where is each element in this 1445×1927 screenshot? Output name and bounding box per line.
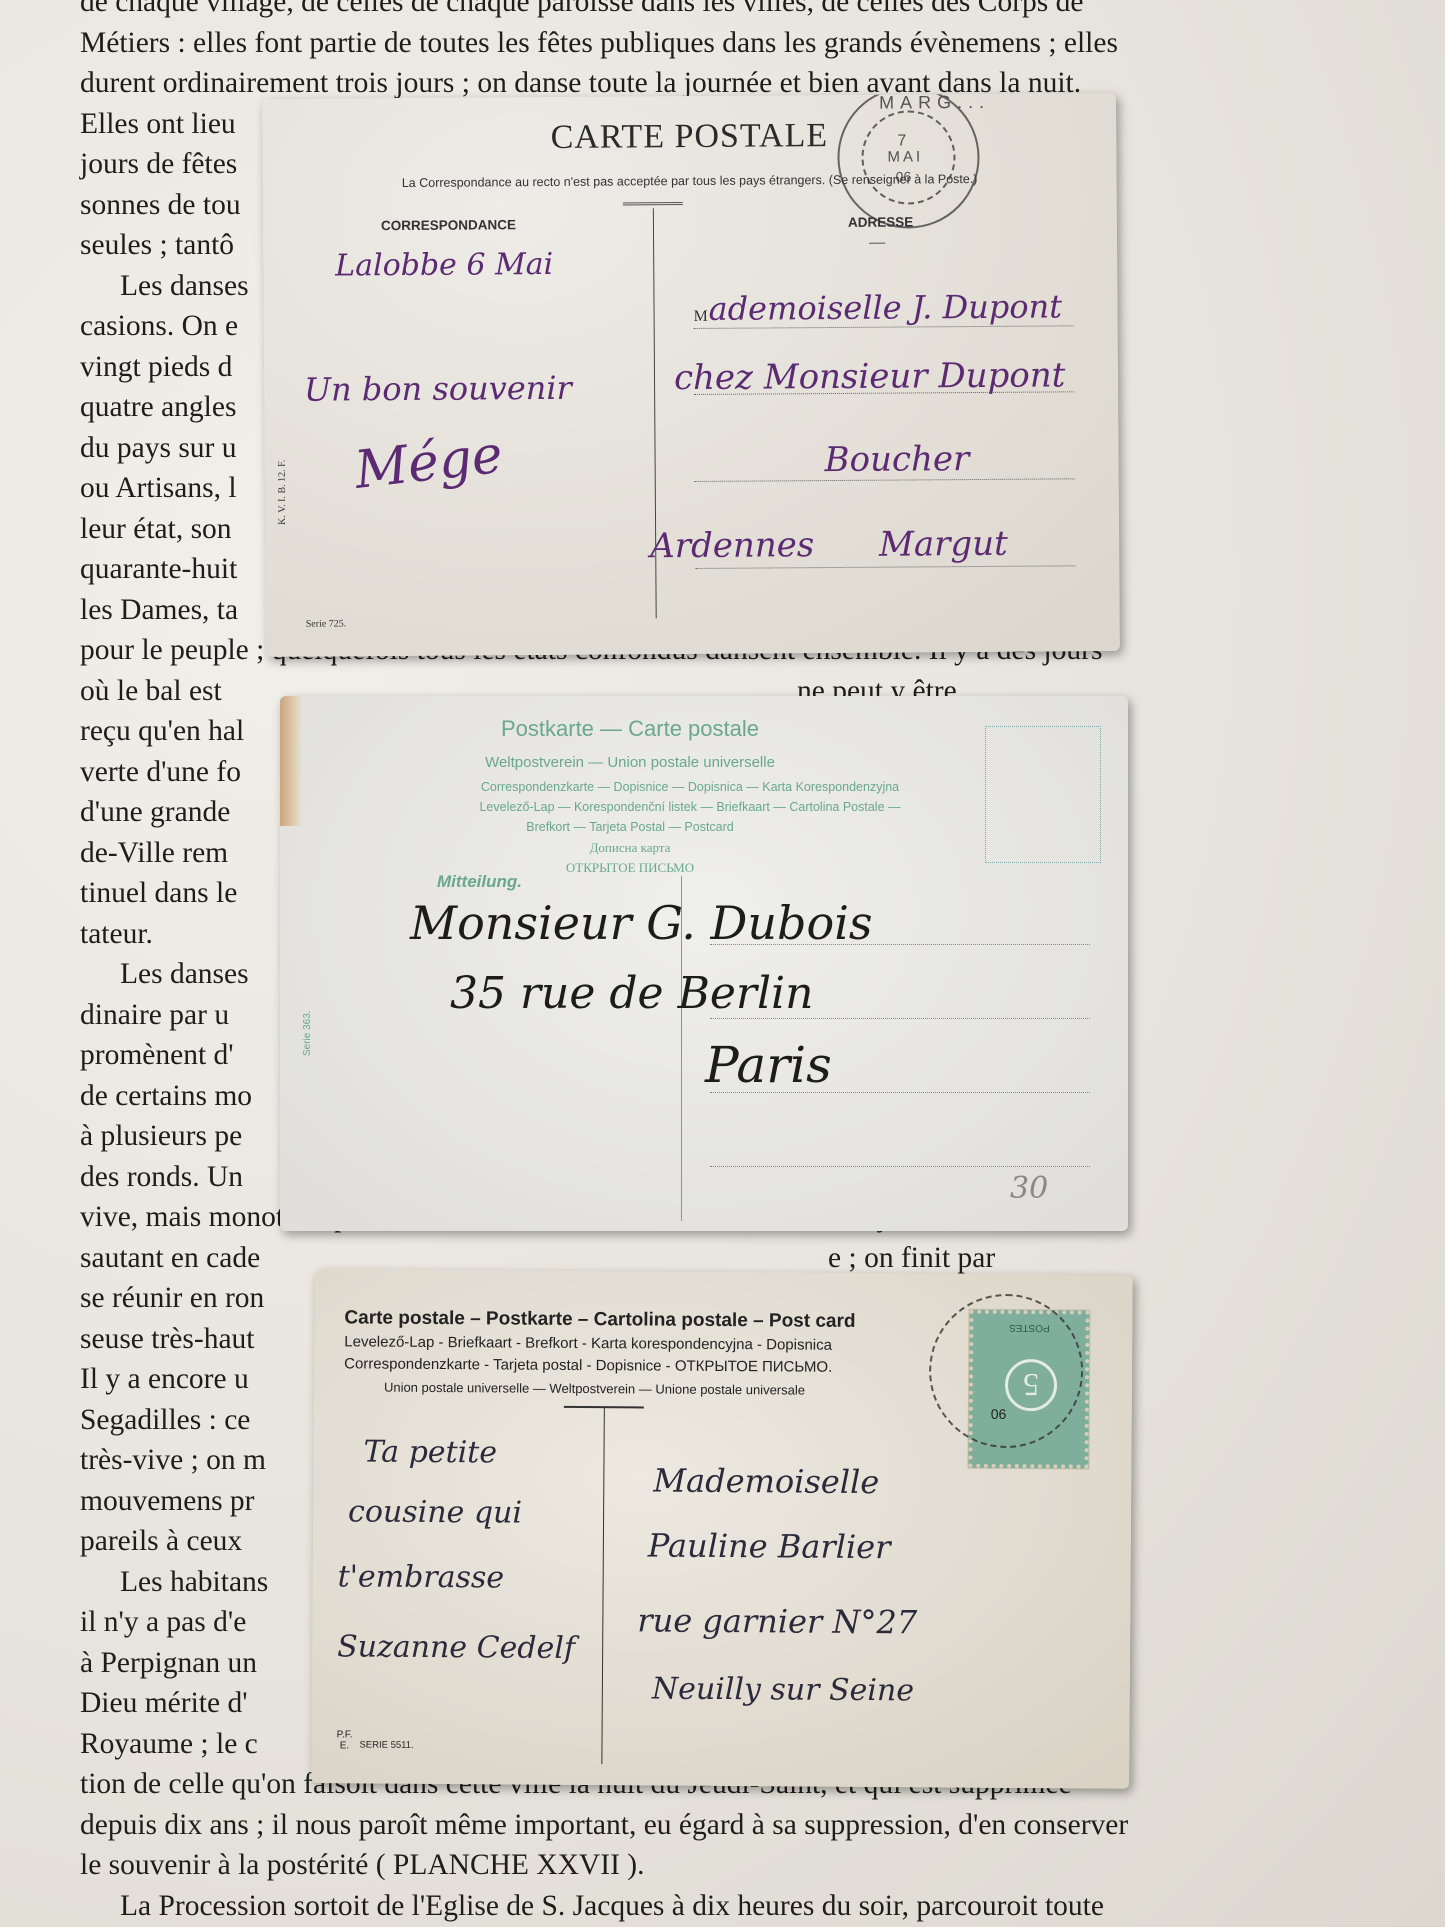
book-line: Métiers : elles font partie de toutes le… [80,23,1350,64]
card3-address-line-1: Mademoiselle [653,1462,879,1502]
card2-title: Postkarte — Carte postale [280,716,980,742]
card1-side-code: K. V. I. B. 12. F. [277,460,288,525]
card1-title: CARTE POSTALE [262,115,1116,159]
card2-union: Weltpostverein — Union postale universel… [280,754,980,771]
card1-address-name: ademoiselle J. Dupont [708,287,1062,327]
card3-message-signature: Suzanne Cedelf [337,1629,575,1666]
card2-pencil-number: 30 [1010,1171,1048,1206]
card3-line-2: Levelező-Lap - Briefkaart - Brefkort - K… [344,1333,832,1353]
publisher-logo-icon: P.F. E. [333,1729,355,1751]
card3-series: SERIE 5511. [359,1739,413,1750]
card1-adresse-underline [869,243,885,244]
card3-address-line-2: Pauline Barlier [648,1526,891,1566]
card3-message-line-3: t'embrasse [338,1559,505,1595]
card2-mitteilung-label: Mitteilung. [437,872,522,892]
postcard-postkarte: Postkarte — Carte postale Weltpostverein… [280,696,1128,1231]
book-line: La Procession sortoit de l'Eglise de S. … [80,1886,1350,1927]
card2-line-3: Brefkort — Tarjeta Postal — Postcard [280,820,980,834]
card1-place-date: Lalobbe 6 Mai [335,247,553,284]
card2-address-street: 35 rue de Berlin [450,968,813,1019]
card2-address-name: Monsieur G. Dubois [410,896,873,950]
postcard-cartolina: Carte postale – Postkarte – Cartolina po… [311,1269,1133,1789]
card1-notice: La Correspondance au recto n'est pas acc… [263,171,1117,191]
card2-series: Serie 363. [302,1010,313,1056]
card3-message-line-1: Ta petite [363,1434,497,1470]
postcard-carte-postale: CARTE POSTALE La Correspondance au recto… [262,93,1120,657]
card2-line-2: Levelező-Lap — Korespondenční listek — B… [390,800,990,814]
card1-address-profession: Boucher [824,439,969,480]
card3-address-line-4: Neuilly sur Seine [652,1672,914,1709]
book-line: le souvenir à la postérité ( PLANCHE XXV… [80,1845,1350,1886]
postmark-icon: MARG... 7 MAI 06 [837,93,980,229]
card3-title: Carte postale – Postkarte – Cartolina po… [344,1307,855,1333]
card3-message-line-2: cousine qui [348,1494,522,1530]
card1-address-prefix: M [694,308,708,326]
card2-line-4: Дописна карта [280,840,980,856]
card1-address-chez: chez Monsieur Dupont [674,355,1066,398]
card3-union: Union postale universelle — Weltpostvere… [384,1380,805,1398]
card1-address-town: Ardennes Margut [650,524,1008,566]
book-line: depuis dix ans ; il nous paroît même imp… [80,1805,1350,1846]
book-line: de chaque village, de celles de chaque p… [80,0,1350,23]
card2-stamp-box [985,726,1101,863]
card2-address-line-4 [710,1166,1090,1167]
card1-divider-cap [623,202,683,205]
card2-line-1: Correspondenzkarte — Dopisnice — Dopisni… [390,780,990,794]
card2-line-5: ОТКРЫТОЕ ПИСЬМО [280,860,980,876]
card3-line-3: Correspondenzkarte - Tarjeta postal - Do… [344,1355,832,1375]
card1-address-line-4 [695,565,1075,569]
card1-message: Un bon souvenir [304,369,572,409]
card1-series: Serie 725. [306,618,347,629]
card3-center-divider [601,1406,604,1764]
card1-signature: Mége [352,425,506,501]
postmark-icon [929,1293,1084,1448]
card1-correspondance-heading: CORRESPONDANCE [381,217,516,233]
card3-address-line-3: rue garnier N°27 [637,1601,917,1641]
card2-address-city: Paris [705,1036,832,1094]
